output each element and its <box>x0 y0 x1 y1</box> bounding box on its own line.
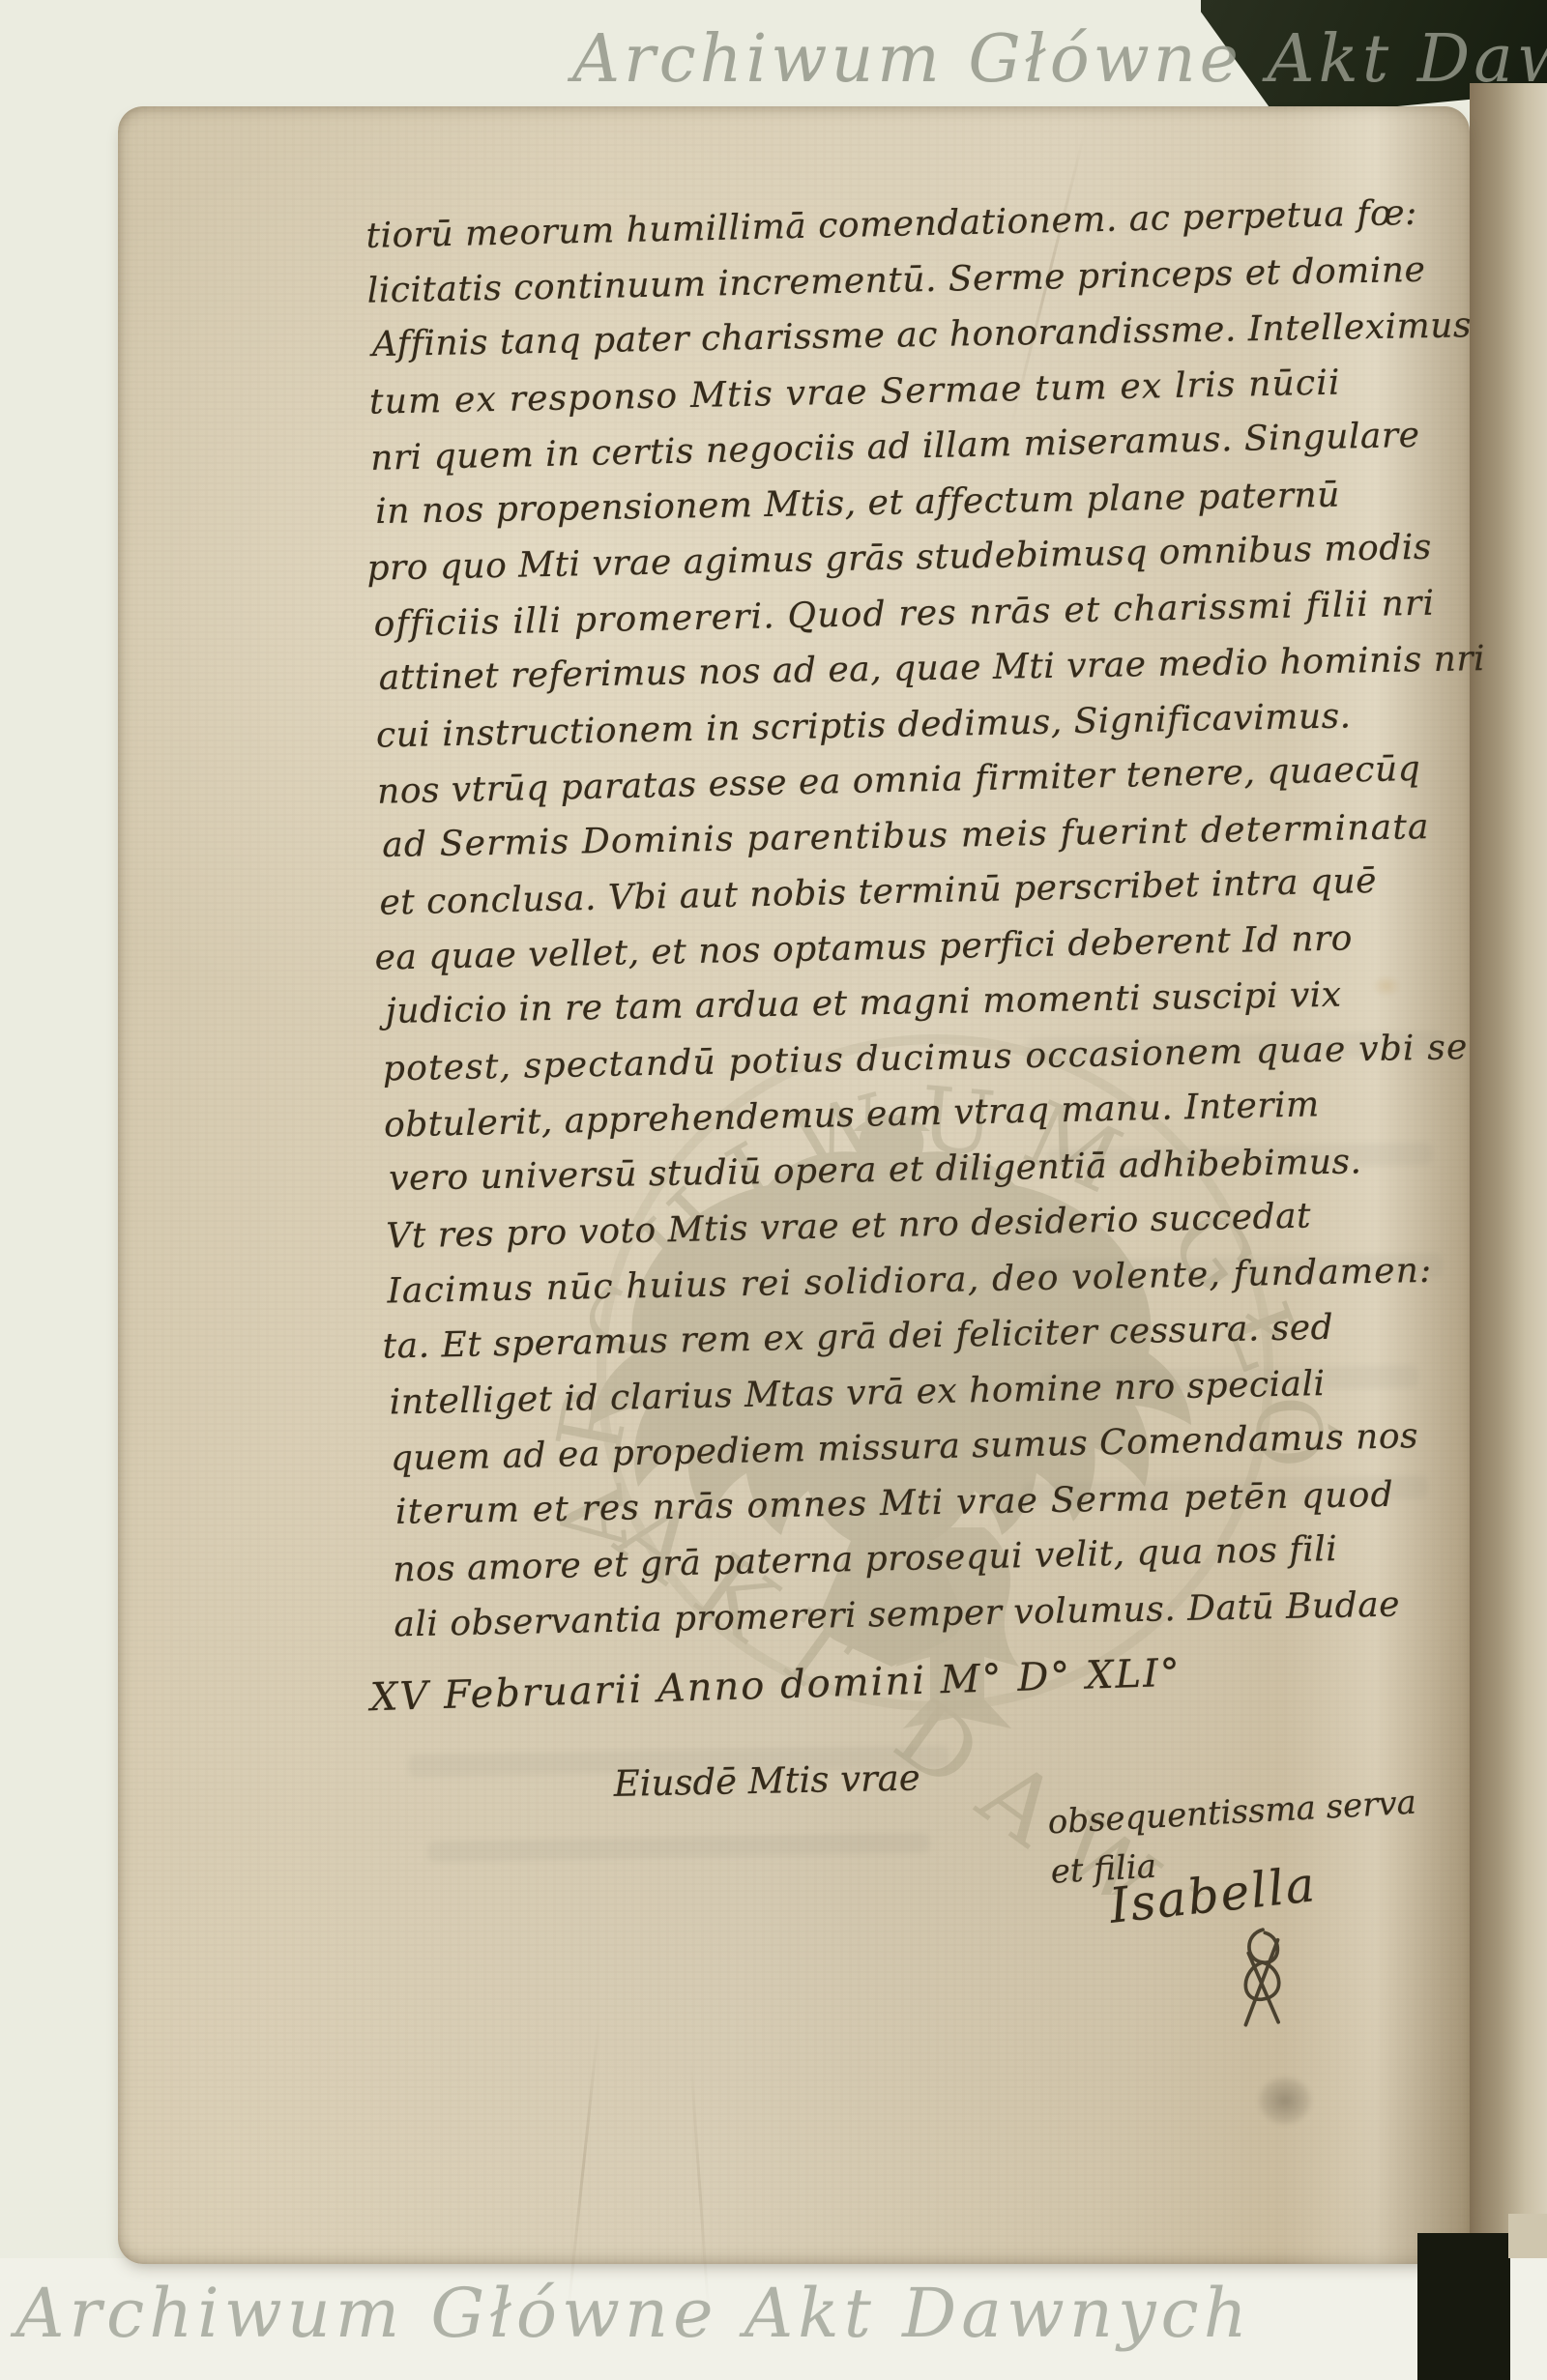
handwriting-layer: tiorū meorum humillimā comendationem. ac… <box>97 85 1492 2270</box>
signature-paraph-icon <box>1218 1921 1307 2039</box>
letter-body: tiorū meorum humillimā comendationem. ac… <box>365 186 1501 1653</box>
dateline: XV Februarii Anno domini M° D° XLI° <box>369 1651 1182 1721</box>
bottom-mat <box>0 2258 1547 2380</box>
binding-strip-bottom <box>1417 2233 1510 2380</box>
adjacent-leaf-corner <box>1508 2214 1547 2258</box>
scan-background: { "watermarks": { "top": "Archiwum Główn… <box>0 0 1547 2380</box>
closing-line-2: obsequentissma serva <box>1047 1784 1417 1843</box>
manuscript-page: ARCHIWUM GŁÓWNE AKT DAWNYCH tiorū meorum… <box>118 106 1470 2264</box>
closing-line-1: Eiusdē Mtis vrae <box>613 1757 920 1805</box>
